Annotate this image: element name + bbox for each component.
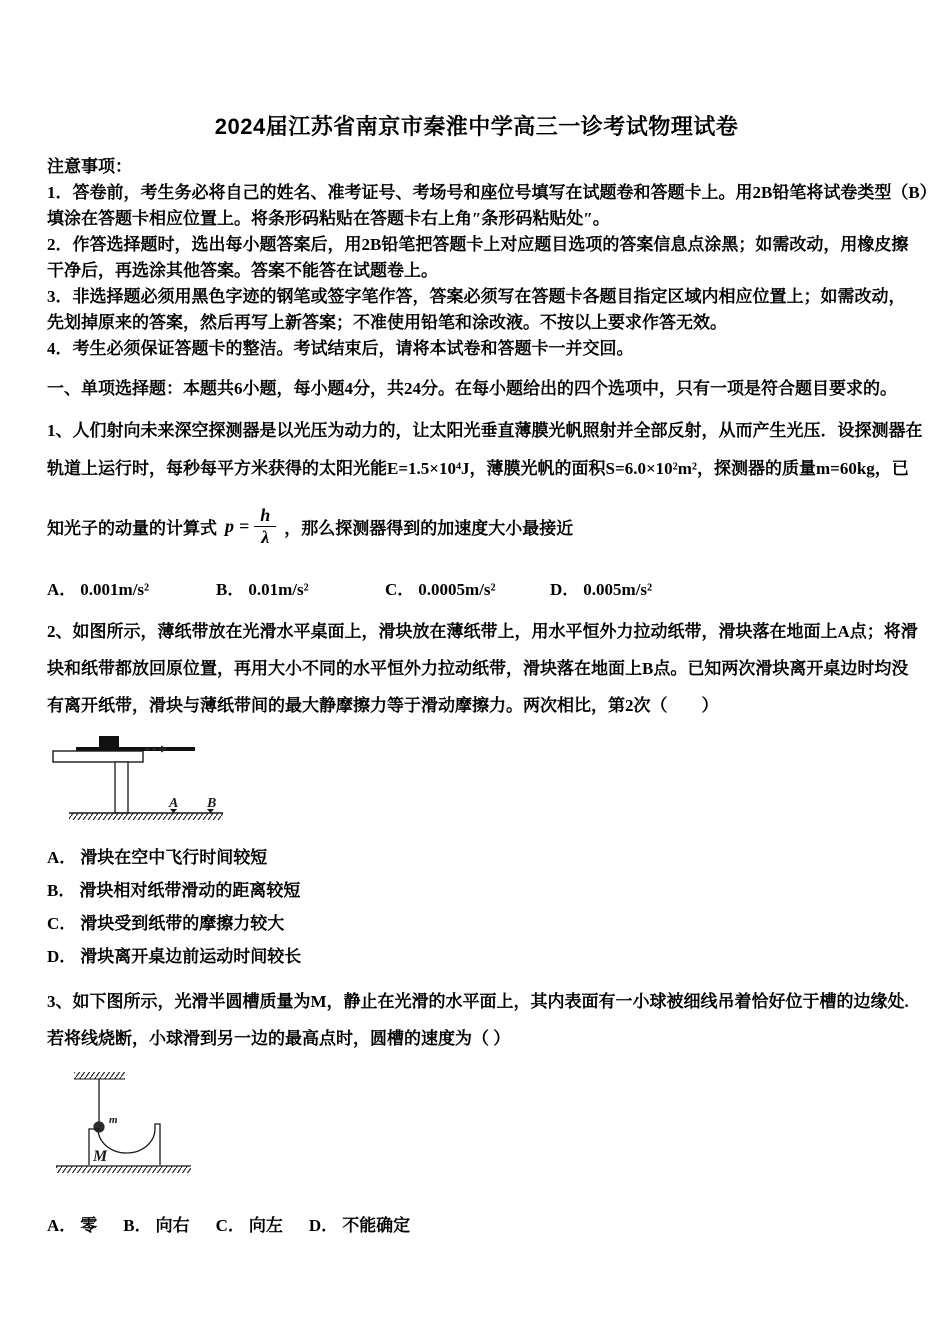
- option-letter: C．: [216, 1216, 245, 1235]
- page-title: 2024届江苏省南京市秦淮中学高三一诊考试物理试卷: [47, 110, 906, 141]
- notice-line: 先划掉原来的答案，然后再写上新答案；不准使用铅笔和涂改液。不按以上要求作答无效。: [47, 310, 906, 336]
- pull-force-arrowhead: [161, 746, 168, 753]
- question-1-option-d: D．0.005m/s²: [550, 577, 652, 603]
- option-value: 滑块离开桌边前运动时间较长: [80, 947, 301, 966]
- question-2-options: A．滑块在空中飞行时间较短 B．滑块相对纸带滑动的距离较短 C．滑块受到纸带的摩…: [47, 841, 906, 973]
- option-letter: C．: [385, 580, 414, 599]
- question-1-text-line: 1、人们射向未来深空探测器是以光压为动力的，让太阳光垂直薄膜光帆照射并全部反射，…: [47, 412, 906, 450]
- exam-paper-page: 2024届江苏省南京市秦淮中学高三一诊考试物理试卷 注意事项： 1．答卷前，考生…: [0, 0, 950, 1344]
- question-3-text-line: 3、如下图所示，光滑半圆槽质量为M，静止在光滑的水平面上，其内表面有一小球被细线…: [47, 983, 906, 1020]
- question-3-text-line: 若将线烧断，小球滑到另一边的最高点时，圆槽的速度为（ ）: [47, 1020, 906, 1057]
- notice-section: 注意事项： 1．答卷前，考生务必将自己的姓名、准考证号、考场号和座位号填写在试题…: [47, 154, 906, 362]
- formula-denominator: λ: [261, 527, 269, 547]
- question-3-option-a: A．零: [47, 1213, 97, 1239]
- q2-figure-table-and-tape: A B: [51, 732, 236, 827]
- option-letter: A．: [47, 1216, 76, 1235]
- notice-line: 4．考生必须保证答题卡的整洁。考试结束后，请将本试卷和答题卡一并交回。: [47, 336, 906, 362]
- option-value: 不能确定: [342, 1216, 410, 1235]
- question-1-option-c: C．0.0005m/s²: [385, 577, 550, 603]
- option-value: 滑块相对纸带滑动的距离较短: [79, 881, 300, 900]
- question-1: 1、人们射向未来深空探测器是以光压为动力的，让太阳光垂直薄膜光帆照射并全部反射，…: [47, 412, 906, 603]
- option-letter: A．: [47, 848, 76, 867]
- tape-overhang: [141, 747, 145, 751]
- option-value: 零: [80, 1216, 97, 1235]
- slider-block: [99, 736, 119, 747]
- notice-heading: 注意事项：: [47, 154, 906, 180]
- ball-mass-label: m: [109, 1114, 118, 1126]
- table-top: [53, 751, 143, 762]
- notice-line: 填涂在答题卡相应位置上。将条形码粘贴在答题卡右上角″条形码粘贴处″。: [47, 206, 906, 232]
- question-2-option-a: A．滑块在空中飞行时间较短: [47, 841, 906, 874]
- notice-line: 1．答卷前，考生务必将自己的姓名、准考证号、考场号和座位号填写在试题卷和答题卡上…: [47, 180, 906, 206]
- question-3-option-b: B．向右: [123, 1213, 189, 1239]
- option-value: 向左: [249, 1216, 283, 1235]
- option-value: 0.01m/s²: [248, 580, 308, 599]
- block-mass-label: M: [92, 1148, 108, 1165]
- point-b-label: B: [206, 796, 216, 811]
- question-1-formula-line: 知光子的动量的计算式 p = h λ ，那么探测器得到的加速度大小最接近: [47, 488, 906, 564]
- formula-equals: =: [239, 516, 249, 537]
- question-1-option-b: B．0.01m/s²: [216, 577, 385, 603]
- option-value: 向右: [156, 1216, 190, 1235]
- question-2-text-line: 2、如图所示，薄纸带放在光滑水平桌面上，滑块放在薄纸带上，用水平恒外力拉动纸带，…: [47, 613, 906, 650]
- question-1-text-line: 轨道上运行时，每秒每平方米获得的太阳光能E=1.5×10⁴J，薄膜光帆的面积S=…: [47, 450, 906, 488]
- question-3-option-d: D．不能确定: [309, 1213, 410, 1239]
- option-value: 0.005m/s²: [583, 580, 652, 599]
- option-letter: D．: [550, 580, 579, 599]
- ceiling-hatch: [74, 1072, 125, 1079]
- formula-fraction: h λ: [254, 506, 276, 547]
- formula-suffix-text: ，那么探测器得到的加速度大小最接近: [284, 514, 573, 539]
- question-2-text-line: 块和纸带都放回原位置，再用大小不同的水平恒外力拉动纸带，滑块落在地面上B点。已知…: [47, 650, 906, 687]
- notice-line: 干净后，再选涂其他答案。答案不能答在试题卷上。: [47, 258, 906, 284]
- option-letter: B．: [216, 580, 244, 599]
- notice-line: 2．作答选择题时，选出每小题答案后，用2B铅笔把答题卡上对应题目选项的答案信息点…: [47, 232, 906, 258]
- question-3-option-c: C．向左: [216, 1213, 283, 1239]
- question-2-option-d: D．滑块离开桌边前运动时间较长: [47, 940, 906, 973]
- question-2-text-line: 有离开纸带，滑块与薄纸带间的最大静摩擦力等于滑动摩擦力。两次相比，第2次（ ）: [47, 687, 906, 724]
- question-2-option-b: B．滑块相对纸带滑动的距离较短: [47, 874, 906, 907]
- floor-hatch: [56, 1166, 191, 1173]
- formula-lhs: p: [225, 516, 234, 537]
- option-letter: B．: [47, 881, 75, 900]
- option-value: 滑块在空中飞行时间较短: [80, 848, 267, 867]
- option-value: 滑块受到纸带的摩擦力较大: [80, 914, 284, 933]
- option-letter: D．: [309, 1216, 338, 1235]
- ground-hatch: [69, 813, 223, 820]
- small-ball: [93, 1121, 104, 1132]
- formula-prefix-text: 知光子的动量的计算式: [47, 514, 217, 539]
- question-3: 3、如下图所示，光滑半圆槽质量为M，静止在光滑的水平面上，其内表面有一小球被细线…: [47, 983, 906, 1239]
- question-1-options: A．0.001m/s² B．0.01m/s² C．0.0005m/s² D．0.…: [47, 577, 906, 603]
- table-leg: [115, 762, 128, 813]
- point-a-label: A: [168, 796, 178, 811]
- option-value: 0.001m/s²: [80, 580, 149, 599]
- option-letter: C．: [47, 914, 76, 933]
- option-letter: B．: [123, 1216, 151, 1235]
- question-2-option-c: C．滑块受到纸带的摩擦力较大: [47, 907, 906, 940]
- question-2: 2、如图所示，薄纸带放在光滑水平桌面上，滑块放在薄纸带上，用水平恒外力拉动纸带，…: [47, 613, 906, 973]
- section-1-header: 一、单项选择题：本题共6小题，每小题4分，共24分。在每小题给出的四个选项中，只…: [47, 376, 906, 402]
- photon-momentum-formula: p = h λ: [225, 506, 276, 547]
- question-1-option-a: A．0.001m/s²: [47, 577, 216, 603]
- formula-numerator: h: [254, 506, 276, 527]
- notice-line: 3．非选择题必须用黑色字迹的钢笔或签字笔作答，答案必须写在答题卡各题目指定区域内…: [47, 284, 906, 310]
- option-value: 0.0005m/s²: [418, 580, 495, 599]
- option-letter: D．: [47, 947, 76, 966]
- question-3-options: A．零 B．向右 C．向左 D．不能确定: [47, 1213, 906, 1239]
- option-letter: A．: [47, 580, 76, 599]
- q3-figure-ball-and-groove: m M: [51, 1063, 201, 1177]
